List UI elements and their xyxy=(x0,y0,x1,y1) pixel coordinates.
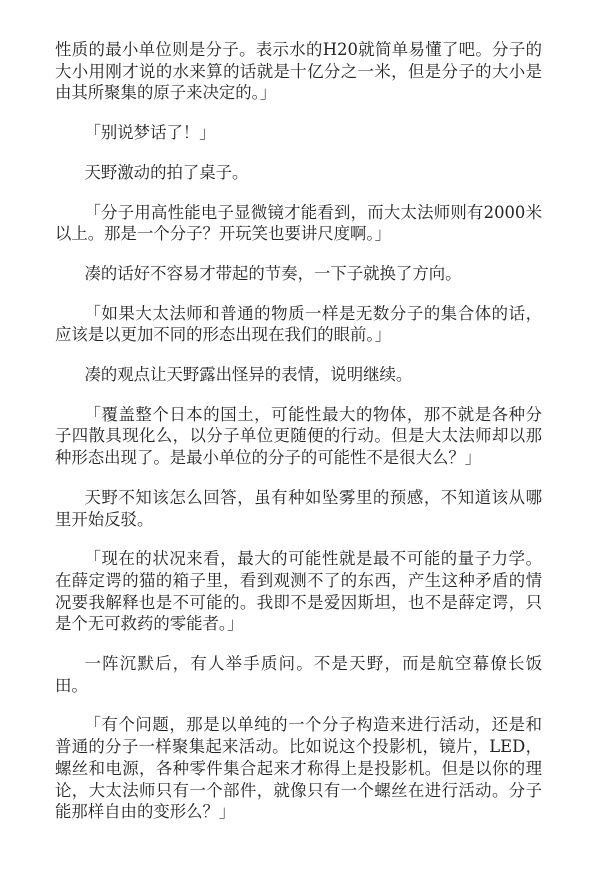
paragraph: 「覆盖整个日本的国土，可能性最大的物体，那不就是各种分子四散具现化么，以分子单位… xyxy=(55,404,542,469)
paragraph: 「别说梦话了！」 xyxy=(55,122,542,144)
paragraph: 「现在的状况来看，最大的可能性就是最不可能的量子力学。在薛定谔的猫的箱子里，看到… xyxy=(55,548,542,635)
paragraph: 天野激动的拍了桌子。 xyxy=(55,162,542,184)
paragraph: 一阵沉默后，有人举手质问。不是天野，而是航空幕僚长饭田。 xyxy=(55,653,542,696)
document-page: 性质的最小单位则是分子。表示水的H20就简单易懂了吧。分子的大小用刚才说的水来算… xyxy=(0,0,613,869)
paragraph: 凑的话好不容易才带起的节奏，一下子就换了方向。 xyxy=(55,263,542,285)
paragraph: 「有个问题，那是以单纯的一个分子构造来进行活动，还是和普通的分子一样聚集起来活动… xyxy=(55,714,542,823)
paragraph: 性质的最小单位则是分子。表示水的H20就简单易懂了吧。分子的大小用刚才说的水来算… xyxy=(55,39,542,104)
paragraph: 天野不知该怎么回答，虽有种如坠雾里的预感，不知道该从哪里开始反驳。 xyxy=(55,487,542,530)
paragraph: 「分子用高性能电子显微镜才能看到，而大太法师则有2000米以上。那是一个分子？开… xyxy=(55,202,542,245)
paragraph: 「如果大太法师和普通的物质一样是无数分子的集合体的话，应该是以更加不同的形态出现… xyxy=(55,303,542,346)
paragraph: 凑的观点让天野露出怪异的表情，说明继续。 xyxy=(55,364,542,386)
